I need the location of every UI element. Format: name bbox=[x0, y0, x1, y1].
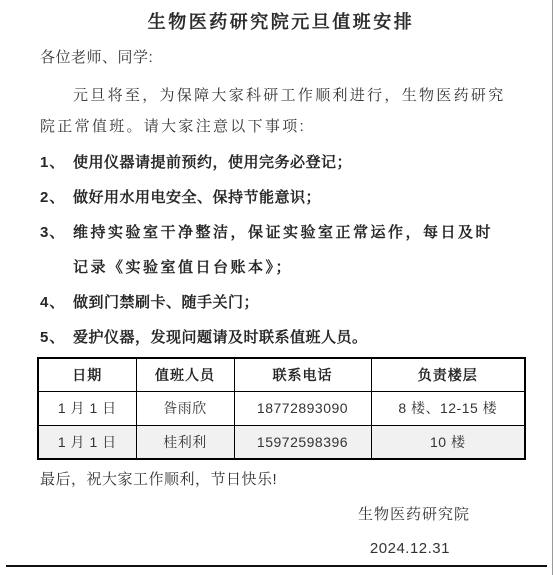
item-number: 3、 bbox=[40, 215, 73, 285]
notice-item: 5、 爱护仪器，发现问题请及时联系值班人员。 bbox=[40, 320, 522, 355]
duty-table: 日期 值班人员 联系电话 负责楼层 1 月 1 日 昝雨欣 1877289309… bbox=[37, 357, 526, 460]
signature-date: 2024.12.31 bbox=[40, 539, 450, 559]
item-text: 做好用水用电安全、保持节能意识； bbox=[73, 180, 321, 215]
cell-person: 昝雨欣 bbox=[136, 391, 234, 425]
cell-floor: 10 楼 bbox=[371, 425, 525, 459]
page-bottom-edge bbox=[6, 565, 547, 567]
header-cell-date: 日期 bbox=[38, 358, 136, 391]
table-row: 1 月 1 日 昝雨欣 18772893090 8 楼、12-15 楼 bbox=[38, 391, 525, 425]
cell-floor: 8 楼、12-15 楼 bbox=[371, 391, 525, 425]
document-page: 生物医药研究院元旦值班安排 各位老师、同学: 元旦将至，为保障大家科研工作顺利进… bbox=[0, 0, 554, 575]
notice-item: 2、 做好用水用电安全、保持节能意识； bbox=[40, 180, 522, 215]
notice-item: 3、 维持实验室干净整洁，保证实验室正常运作，每日及时记录《实验室值日台账本》； bbox=[40, 215, 522, 285]
page-right-edge bbox=[552, 0, 553, 575]
notice-item: 1、 使用仪器请提前预约，使用完务必登记； bbox=[40, 145, 522, 180]
page-title: 生物医药研究院元旦值班安排 bbox=[40, 10, 522, 34]
intro-paragraph: 元旦将至，为保障大家科研工作顺利进行，生物医药研究院正常值班。请大家注意以下事项… bbox=[40, 80, 522, 142]
notice-list: 1、 使用仪器请提前预约，使用完务必登记； 2、 做好用水用电安全、保持节能意识… bbox=[40, 145, 522, 355]
notice-item: 4、 做到门禁刷卡、随手关门； bbox=[40, 285, 522, 320]
closing-line: 最后，祝大家工作顺利，节日快乐! bbox=[40, 470, 522, 490]
item-number: 5、 bbox=[40, 320, 73, 355]
item-text: 使用仪器请提前预约，使用完务必登记； bbox=[73, 145, 352, 180]
item-number: 2、 bbox=[40, 180, 73, 215]
item-number: 1、 bbox=[40, 145, 73, 180]
header-cell-floor: 负责楼层 bbox=[371, 358, 525, 391]
item-text: 爱护仪器，发现问题请及时联系值班人员。 bbox=[73, 320, 368, 355]
signature: 生物医药研究院 bbox=[40, 505, 470, 525]
cell-phone: 18772893090 bbox=[234, 391, 371, 425]
header-cell-phone: 联系电话 bbox=[234, 358, 371, 391]
item-number: 4、 bbox=[40, 285, 73, 320]
header-cell-person: 值班人员 bbox=[136, 358, 234, 391]
item-text: 做到门禁刷卡、随手关门； bbox=[73, 285, 259, 320]
table-header-row: 日期 值班人员 联系电话 负责楼层 bbox=[38, 358, 525, 391]
salutation: 各位老师、同学: bbox=[40, 48, 522, 68]
cell-date: 1 月 1 日 bbox=[38, 391, 136, 425]
cell-phone: 15972598396 bbox=[234, 425, 371, 459]
item-text: 维持实验室干净整洁，保证实验室正常运作，每日及时记录《实验室值日台账本》； bbox=[73, 215, 510, 285]
cell-date: 1 月 1 日 bbox=[38, 425, 136, 459]
table-row: 1 月 1 日 桂利利 15972598396 10 楼 bbox=[38, 425, 525, 459]
document-body: 生物医药研究院元旦值班安排 各位老师、同学: 元旦将至，为保障大家科研工作顺利进… bbox=[0, 0, 554, 559]
cell-person: 桂利利 bbox=[136, 425, 234, 459]
